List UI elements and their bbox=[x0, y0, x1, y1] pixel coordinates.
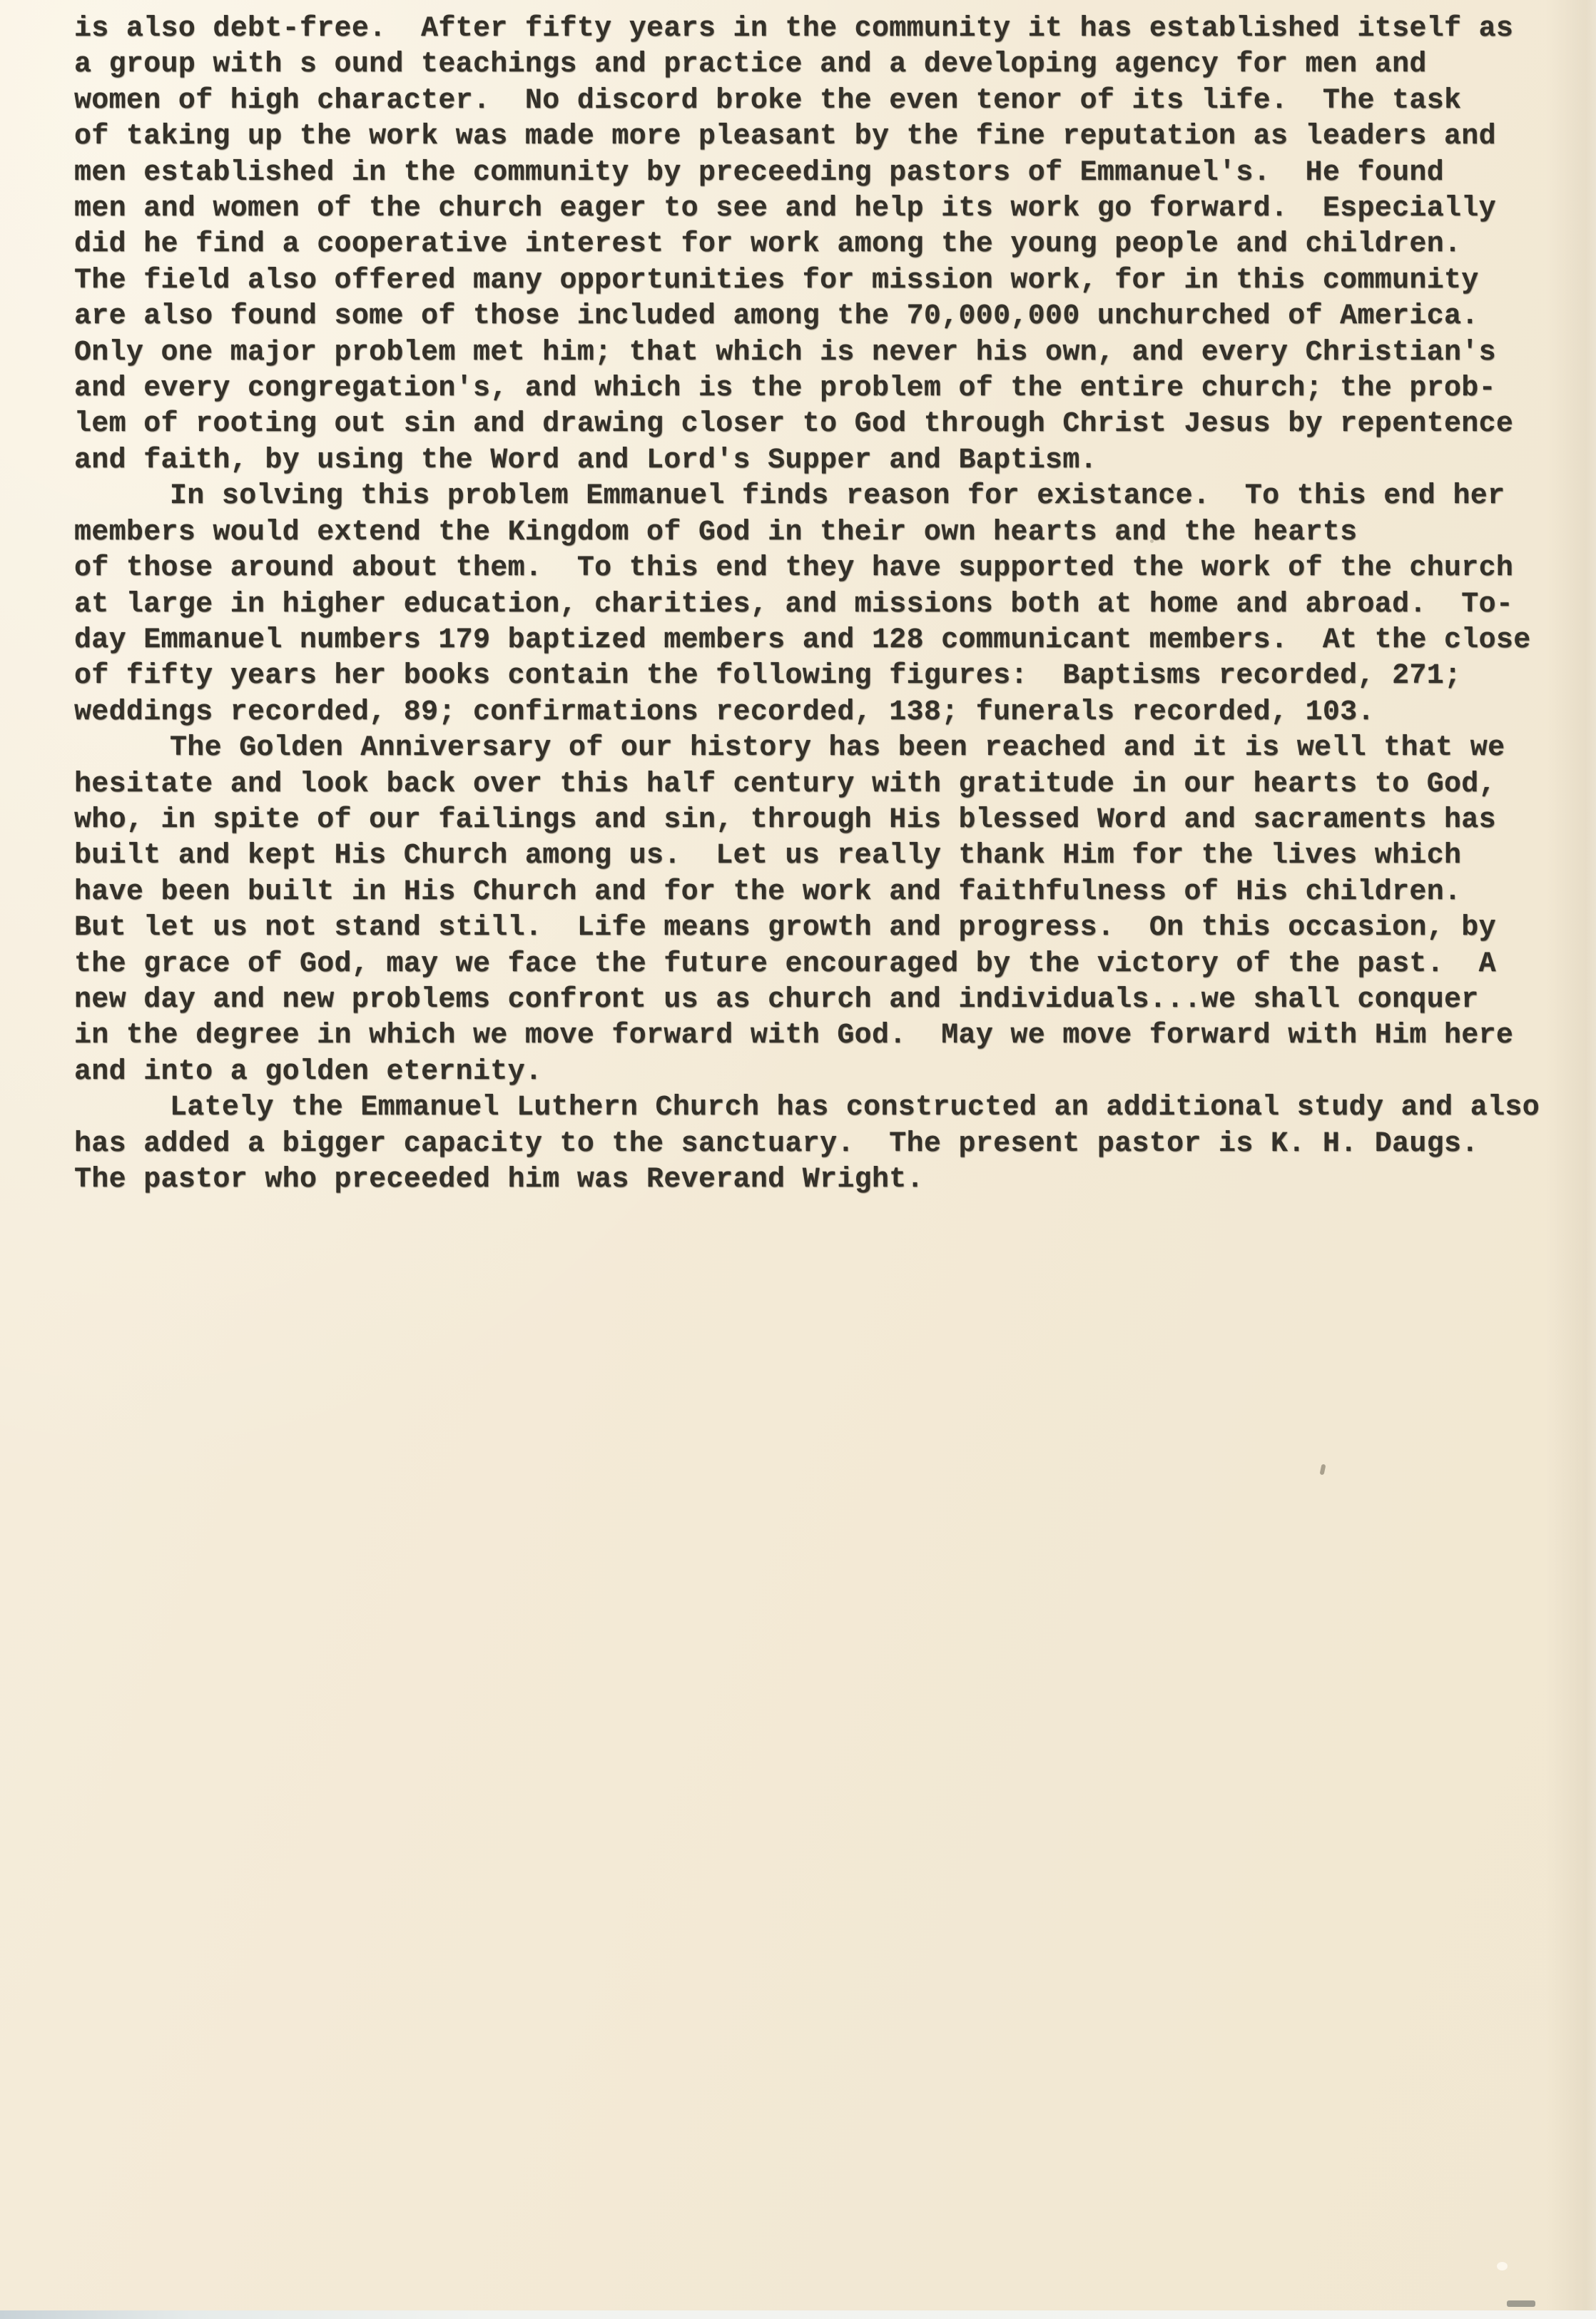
text-line: men and women of the church eager to see… bbox=[74, 191, 1558, 227]
text-line: of those around about them. To this end … bbox=[74, 551, 1558, 587]
text-line: lem of rooting out sin and drawing close… bbox=[74, 407, 1558, 442]
text-line: hesitate and look back over this half ce… bbox=[74, 767, 1558, 803]
text-line: did he find a cooperative interest for w… bbox=[74, 227, 1558, 263]
text-line: are also found some of those included am… bbox=[74, 299, 1558, 335]
pencil-mark bbox=[1507, 2300, 1535, 2307]
text-line: the grace of God, may we face the future… bbox=[74, 947, 1558, 983]
text-line: Only one major problem met him; that whi… bbox=[74, 335, 1558, 371]
text-line: The Golden Anniversary of our history ha… bbox=[74, 731, 1558, 766]
text-line: women of high character. No discord brok… bbox=[74, 83, 1558, 119]
text-line: and faith, by using the Word and Lord's … bbox=[74, 443, 1558, 479]
text-line: In solving this problem Emmanuel finds r… bbox=[74, 479, 1558, 514]
text-line: has added a bigger capacity to the sanct… bbox=[74, 1127, 1558, 1162]
text-line: The field also offered many opportunitie… bbox=[74, 263, 1558, 299]
text-line: Lately the Emmanuel Luthern Church has c… bbox=[74, 1090, 1558, 1126]
text-line: weddings recorded, 89; confirmations rec… bbox=[74, 695, 1558, 731]
text-line: members would extend the Kingdom of God … bbox=[74, 515, 1558, 551]
typewritten-text-block: is also debt-free. After fifty years in … bbox=[74, 11, 1558, 1198]
text-line: of taking up the work was made more plea… bbox=[74, 119, 1558, 155]
scan-edge-strip bbox=[0, 2310, 1596, 2319]
text-line: who, in spite of our failings and sin, t… bbox=[74, 803, 1558, 838]
text-line: is also debt-free. After fifty years in … bbox=[74, 11, 1558, 47]
text-line: day Emmanuel numbers 179 baptized member… bbox=[74, 623, 1558, 659]
paper-speck bbox=[1497, 2262, 1508, 2270]
text-line: at large in higher education, charities,… bbox=[74, 587, 1558, 623]
text-line: have been built in His Church and for th… bbox=[74, 875, 1558, 910]
paper-speck bbox=[1116, 525, 1122, 532]
text-line: in the degree in which we move forward w… bbox=[74, 1018, 1558, 1054]
scanned-document-page: is also debt-free. After fifty years in … bbox=[0, 0, 1596, 2319]
text-line: The pastor who preceeded him was Reveran… bbox=[74, 1162, 1558, 1198]
text-line: of fifty years her books contain the fol… bbox=[74, 659, 1558, 694]
text-line: and every congregation's, and which is t… bbox=[74, 371, 1558, 407]
text-line: new day and new problems confront us as … bbox=[74, 983, 1558, 1018]
text-line: and into a golden eternity. bbox=[74, 1055, 1558, 1090]
text-line: men established in the community by prec… bbox=[74, 156, 1558, 191]
paper-speck bbox=[1320, 1464, 1326, 1476]
text-line: built and kept His Church among us. Let … bbox=[74, 838, 1558, 874]
text-line: But let us not stand still. Life means g… bbox=[74, 910, 1558, 946]
paper-speck bbox=[1150, 539, 1154, 543]
text-line: a group with s ound teachings and practi… bbox=[74, 47, 1558, 83]
